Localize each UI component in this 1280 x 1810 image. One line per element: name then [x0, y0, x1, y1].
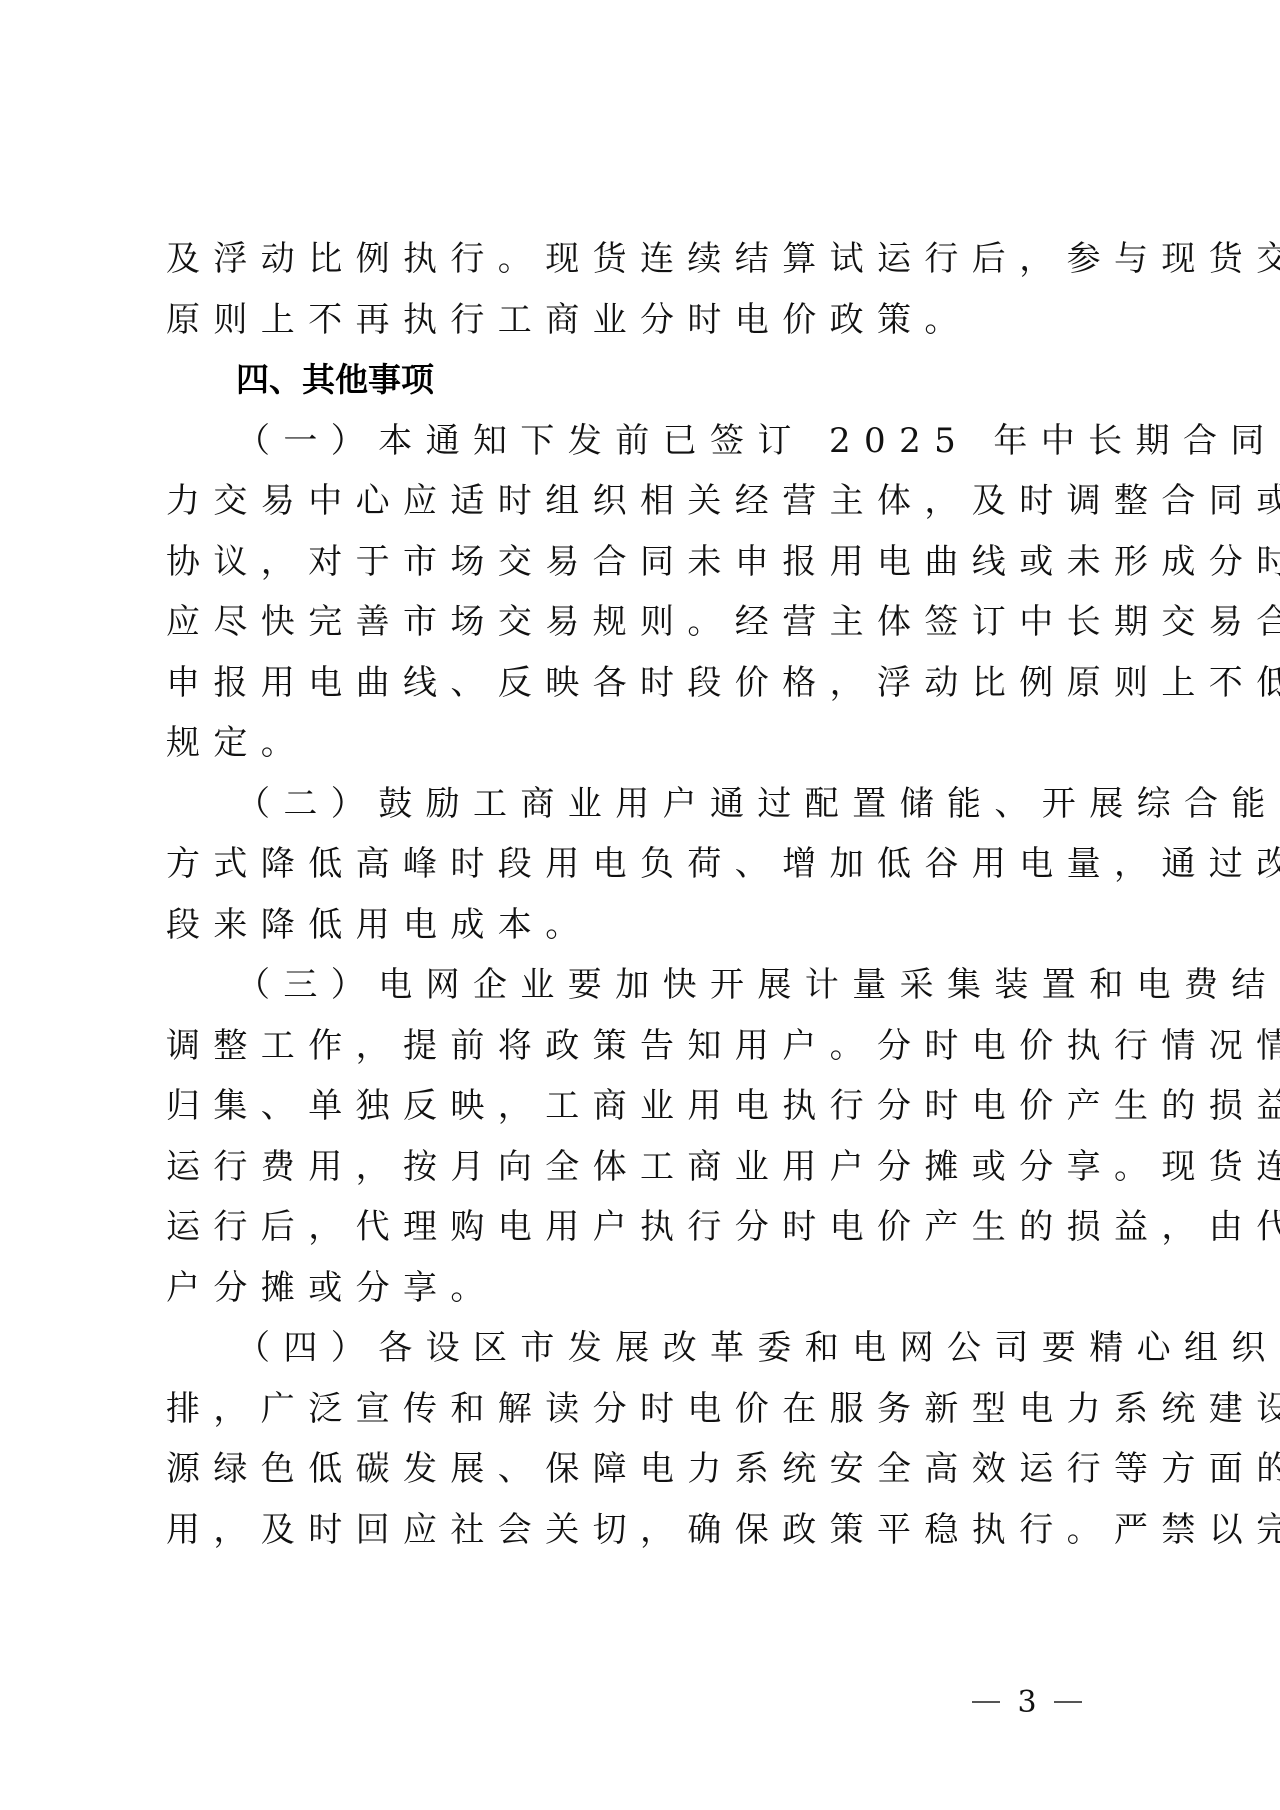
paragraph-2: （二）鼓励工商业用户通过配置储能、开展综合能源利用等 方式降低高峰时段用电负荷、… — [166, 774, 1126, 956]
document-page: 及浮动比例执行。现货连续结算试运行后，参与现货交易的用户 原则上不再执行工商业分… — [0, 0, 1280, 1810]
dash-left — [972, 1701, 1000, 1703]
text-line: （一）本通知下发前已签订 2025 年中长期合同的，江西电 — [166, 411, 1126, 472]
paragraph-1: （一）本通知下发前已签订 2025 年中长期合同的，江西电 力交易中心应适时组织… — [166, 411, 1126, 774]
text-line: （四）各设区市发展改革委和电网公司要精心组织、周密安 — [166, 1318, 1126, 1379]
text-line: 及浮动比例执行。现货连续结算试运行后，参与现货交易的用户 — [166, 229, 1126, 290]
section-heading: 四、其他事项 — [166, 350, 1126, 411]
dash-right — [1054, 1701, 1082, 1703]
text-line: 申报用电曲线、反映各时段价格，浮动比例原则上不低于本通知 — [166, 653, 1126, 714]
text-line: 运行后，代理购电用户执行分时电价产生的损益，由代理购电用 — [166, 1197, 1126, 1258]
page-number: 3 — [1017, 1685, 1036, 1720]
text-line: 归集、单独反映，工商业用电执行分时电价产生的损益纳入系统 — [166, 1076, 1126, 1137]
text-line: （二）鼓励工商业用户通过配置储能、开展综合能源利用等 — [166, 774, 1126, 835]
paragraph-4: （四）各设区市发展改革委和电网公司要精心组织、周密安 排，广泛宣传和解读分时电价… — [166, 1318, 1126, 1560]
text-line: 原则上不再执行工商业分时电价政策。 — [166, 290, 1126, 351]
text-line: 方式降低高峰时段用电负荷、增加低谷用电量，通过改变用电时 — [166, 834, 1126, 895]
text-line: 排，广泛宣传和解读分时电价在服务新型电力系统建设、促进能 — [166, 1379, 1126, 1440]
text-line: 调整工作，提前将政策告知用户。分时电价执行情况情况要单独 — [166, 1016, 1126, 1077]
text-line: 源绿色低碳发展、保障电力系统安全高效运行等方面的重要作 — [166, 1439, 1126, 1500]
paragraph-3: （三）电网企业要加快开展计量采集装置和电费结算系统的 调整工作，提前将政策告知用… — [166, 955, 1126, 1318]
text-line: 段来降低用电成本。 — [166, 895, 1126, 956]
text-line: 应尽快完善市场交易规则。经营主体签订中长期交易合同时，应 — [166, 592, 1126, 653]
text-line: （三）电网企业要加快开展计量采集装置和电费结算系统的 — [166, 955, 1126, 1016]
text-line: 户分摊或分享。 — [166, 1258, 1126, 1319]
page-footer: 3 — [972, 1682, 1082, 1722]
text-line: 力交易中心应适时组织相关经营主体，及时调整合同或签订补充 — [166, 471, 1126, 532]
text-line: 协议，对于市场交易合同未申报用电曲线或未形成分时价格的， — [166, 532, 1126, 593]
document-body: 及浮动比例执行。现货连续结算试运行后，参与现货交易的用户 原则上不再执行工商业分… — [166, 229, 1126, 1560]
text-line: 用，及时回应社会关切，确保政策平稳执行。严禁以完善分时电 — [166, 1500, 1126, 1561]
text-line: 运行费用，按月向全体工商业用户分摊或分享。现货连续结算试 — [166, 1137, 1126, 1198]
text-line: 规定。 — [166, 713, 1126, 774]
